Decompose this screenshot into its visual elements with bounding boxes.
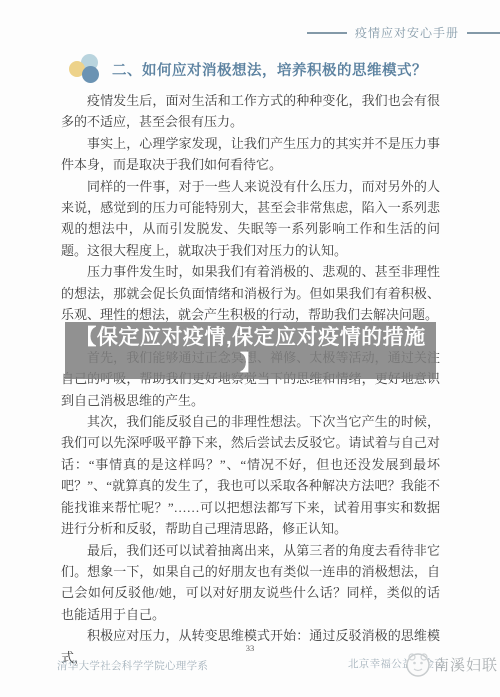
- watermark-text: 南溪妇联: [434, 654, 498, 675]
- header-rule-left: [307, 32, 347, 34]
- paragraph: 事实上，心理学家发现，让我们产生压力的其实并不是压力事件本身，而是取决于我们如何…: [61, 133, 440, 176]
- footer-left-org: 清华大学社会科学学院心理学系: [57, 658, 208, 673]
- handbook-page: 疫情应对安心手册 二、如何应对消极想法，培养积极的思维模式？ 疫情发生后，面对生…: [0, 0, 500, 697]
- page-header: 疫情应对安心手册: [307, 24, 500, 41]
- paragraph: 疫情发生后，面对生活和工作方式的种种变化，我们也会有很多的不适应，甚至会很有压力…: [61, 90, 440, 133]
- paragraph: 压力事件发生时，如果我们有着消极的、悲观的、甚至非理性的想法，那就会促长负面情绪…: [61, 261, 440, 325]
- paragraph: 最后，我们还可以试着抽离出来，从第三者的角度去看待非它们。想象一下，如果自己的好…: [61, 540, 440, 626]
- handbook-title: 疫情应对安心手册: [355, 24, 459, 41]
- dot-steelblue: [82, 66, 99, 83]
- paragraph: 其次，我们能反驳自己的非理性想法。下次当它产生的时候，我们可以先深呼吸平静下来，…: [61, 411, 440, 539]
- section-title: 二、如何应对消极想法，培养积极的思维模式？: [112, 59, 427, 80]
- header-rule-right: [467, 32, 500, 34]
- watermark: 南溪妇联: [404, 650, 498, 678]
- overlay-banner: 【保定应对疫情,保定应对疫情的措施 】: [65, 322, 436, 379]
- overlay-banner-close-bracket: 】: [65, 351, 436, 376]
- section-title-row: 二、如何应对消极想法，培养积极的思维模式？: [68, 53, 427, 85]
- paragraph: 同样的一件事，对于一些人来说没有什么压力，而对另外的人来说，感觉到的压力可能特别…: [61, 176, 440, 262]
- section-dots-icon: [68, 53, 102, 85]
- overlay-banner-text: 【保定应对疫情,保定应对疫情的措施: [65, 322, 436, 351]
- watermark-logo-icon: [404, 650, 432, 678]
